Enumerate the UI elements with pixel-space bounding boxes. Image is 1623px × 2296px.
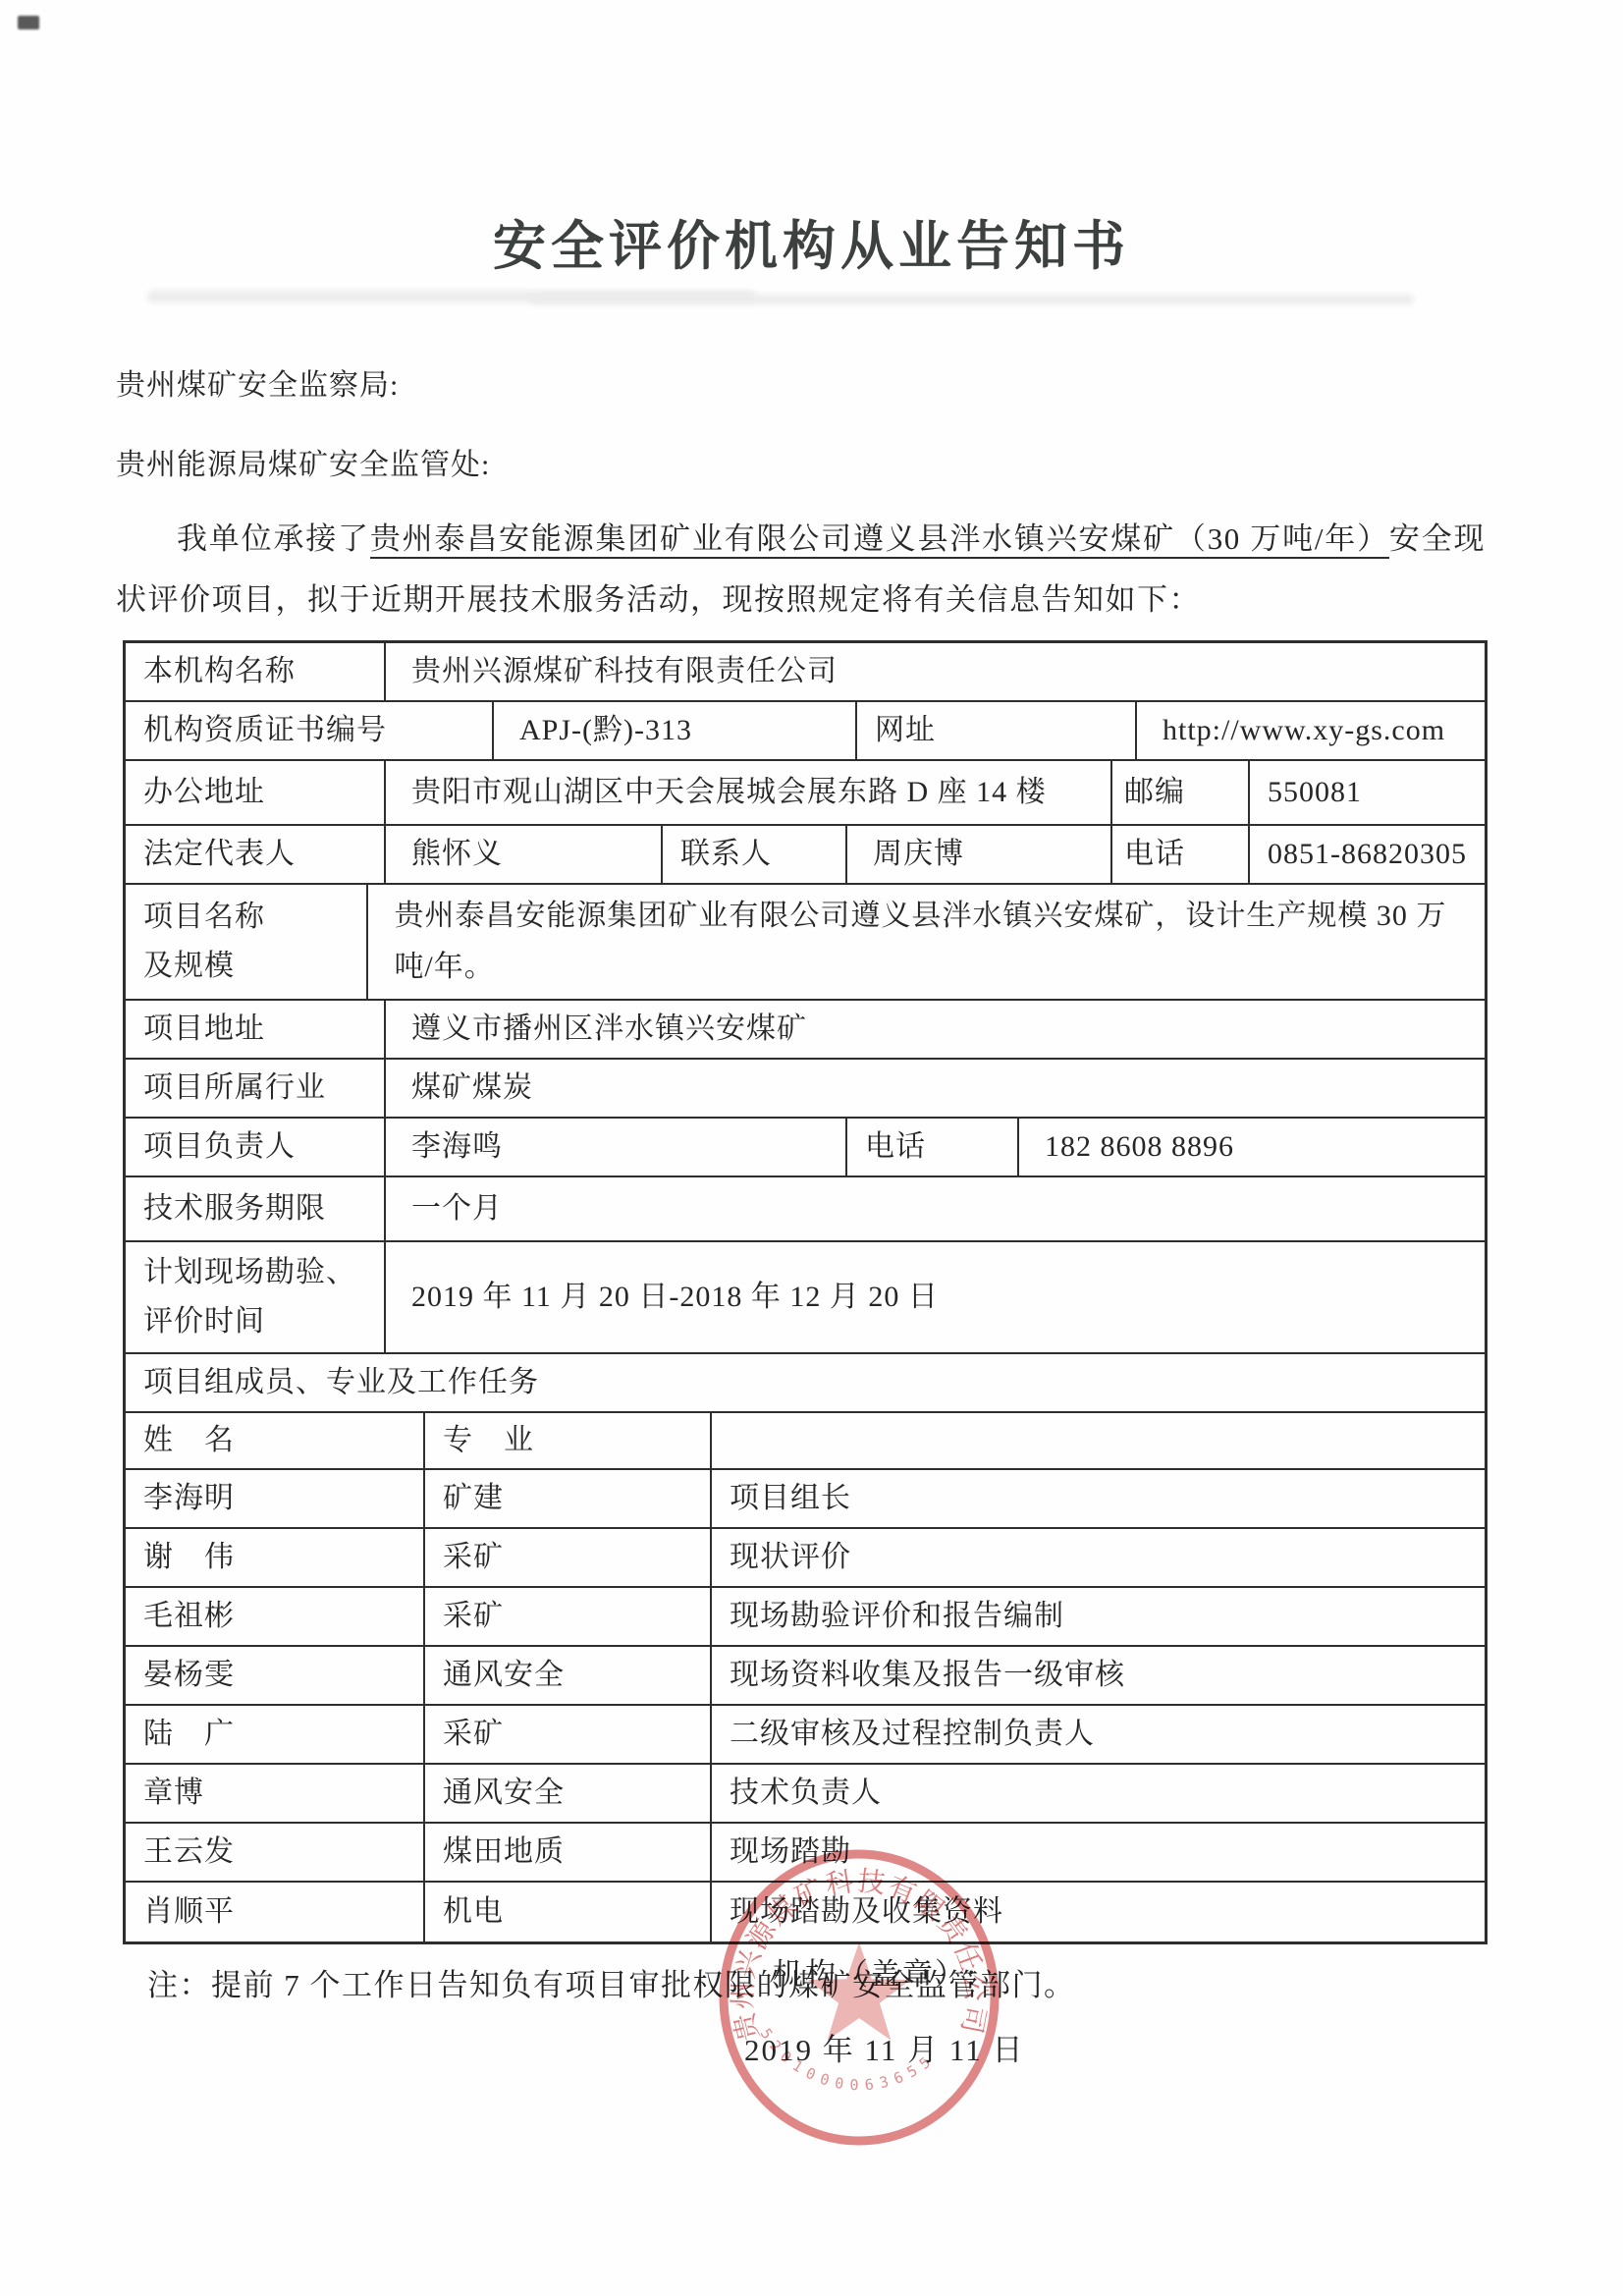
member-name: 晏杨雯 [126, 1647, 425, 1704]
scan-speck [18, 16, 39, 29]
signature-date: 2019 年 11 月 11 日 [744, 2025, 1024, 2069]
scan-smudge [530, 295, 1414, 304]
field-label: 计划现场勘验、 评价时间 [126, 1242, 386, 1352]
document-title: 安全评价机构从业告知书 [0, 204, 1623, 280]
field-value: 遵义市播州区泮水镇兴安煤矿 [386, 1001, 1485, 1058]
member-task: 二级审核及过程控制负责人 [712, 1706, 1485, 1763]
field-label: 项目所属行业 [126, 1060, 386, 1117]
table-row-legal-rep: 法定代表人 熊怀义 联系人 周庆博 电话 0851-86820305 [126, 826, 1485, 885]
intro-lead: 我单位承接了 [177, 521, 370, 556]
intro-paragraph: 我单位承接了贵州泰昌安能源集团矿业有限公司遵义县泮水镇兴安煤矿（30 万吨/年）… [116, 509, 1486, 630]
member-name: 李海明 [126, 1470, 425, 1527]
field-label: 项目地址 [126, 1001, 386, 1058]
member-name: 章博 [126, 1765, 425, 1822]
member-task: 现状评价 [712, 1529, 1485, 1586]
seal-label: 机构（盖章）: [773, 1949, 978, 1994]
field-value: 周庆博 [847, 826, 1112, 883]
field-label: 邮编 [1112, 761, 1250, 824]
member-task: 现场勘验评价和报告编制 [712, 1588, 1485, 1645]
field-label: 联系人 [663, 826, 847, 883]
member-major: 矿建 [425, 1470, 712, 1527]
table-row-project-name: 项目名称 及规模 贵州泰昌安能源集团矿业有限公司遵义县泮水镇兴安煤矿，设计生产规… [126, 885, 1485, 1001]
member-major: 采矿 [425, 1706, 712, 1763]
table-row-project-address: 项目地址 遵义市播州区泮水镇兴安煤矿 [126, 1001, 1485, 1060]
field-label: 法定代表人 [126, 826, 386, 883]
member-row: 谢 伟 采矿 现状评价 [126, 1529, 1485, 1588]
field-label-line1: 项目名称 [143, 893, 356, 942]
member-name: 陆 广 [126, 1706, 425, 1763]
table-row-office-address: 办公地址 贵阳市观山湖区中天会展城会展东路 D 座 14 楼 邮编 550081 [126, 761, 1485, 826]
table-row-certificate: 机构资质证书编号 APJ-(黔)-313 网址 http://www.xy-gs… [126, 702, 1485, 761]
intro-tail: 安全 [1389, 521, 1454, 556]
table-row-agency-name: 本机构名称 贵州兴源煤矿科技有限责任公司 [126, 643, 1485, 702]
field-value: 煤矿煤炭 [386, 1060, 1485, 1117]
field-label: 电话 [847, 1119, 1019, 1175]
member-task: 现场踏勘及收集资料 [712, 1883, 1485, 1941]
field-label: 技术服务期限 [126, 1177, 386, 1240]
field-label-line2: 及规模 [143, 942, 356, 991]
member-row: 李海明 矿建 项目组长 [126, 1470, 1485, 1529]
table-row-project-industry: 项目所属行业 煤矿煤炭 [126, 1060, 1485, 1119]
field-value: 李海鸣 [386, 1119, 847, 1175]
member-task: 项目组长 [712, 1470, 1485, 1527]
field-value: 一个月 [386, 1177, 1485, 1240]
addressee-line-2: 贵州能源局煤矿安全监管处: [116, 440, 1623, 483]
member-name: 毛祖彬 [126, 1588, 425, 1645]
member-row: 王云发 煤田地质 现场踏勘 [126, 1824, 1485, 1883]
member-row: 毛祖彬 采矿 现场勘验评价和报告编制 [126, 1588, 1485, 1647]
field-value: 550081 [1250, 761, 1485, 824]
addressee-line-1: 贵州煤矿安全监察局: [116, 360, 1623, 404]
field-value: 熊怀义 [386, 826, 663, 883]
member-row: 章博 通风安全 技术负责人 [126, 1765, 1485, 1824]
field-value: 2019 年 11 月 20 日-2018 年 12 月 20 日 [386, 1242, 1485, 1352]
table-row-members-section: 项目组成员、专业及工作任务 [126, 1354, 1485, 1413]
table-row-project-leader: 项目负责人 李海鸣 电话 182 8608 8896 [126, 1119, 1485, 1177]
field-label: 电话 [1112, 826, 1250, 883]
scanned-document-page: 安全评价机构从业告知书 贵州煤矿安全监察局: 贵州能源局煤矿安全监管处: 我单位… [0, 0, 1623, 2296]
member-major: 煤田地质 [425, 1824, 712, 1881]
member-task: 技术负责人 [712, 1765, 1485, 1822]
member-major: 通风安全 [425, 1765, 712, 1822]
field-value: 贵州兴源煤矿科技有限责任公司 [386, 643, 1485, 700]
member-row: 晏杨雯 通风安全 现场资料收集及报告一级审核 [126, 1647, 1485, 1706]
notification-form-table: 本机构名称 贵州兴源煤矿科技有限责任公司 机构资质证书编号 APJ-(黔)-31… [123, 640, 1488, 1944]
field-label: 办公地址 [126, 761, 386, 824]
table-row-service-period: 技术服务期限 一个月 [126, 1177, 1485, 1242]
column-header-name: 姓 名 [126, 1413, 425, 1468]
field-value: 182 8608 8896 [1019, 1119, 1485, 1175]
member-major: 采矿 [425, 1529, 712, 1586]
column-header-major: 专 业 [425, 1413, 712, 1468]
member-task: 现场资料收集及报告一级审核 [712, 1647, 1485, 1704]
field-value: APJ-(黔)-313 [494, 702, 857, 759]
member-row: 肖顺平 机电 现场踏勘及收集资料 [126, 1883, 1485, 1941]
member-name: 谢 伟 [126, 1529, 425, 1586]
field-label-line1: 计划现场勘验、 [143, 1248, 374, 1297]
field-value: 贵州泰昌安能源集团矿业有限公司遵义县泮水镇兴安煤矿，设计生产规模 30 万吨/年… [368, 885, 1485, 999]
table-row-schedule: 计划现场勘验、 评价时间 2019 年 11 月 20 日-2018 年 12 … [126, 1242, 1485, 1354]
field-label: 机构资质证书编号 [126, 702, 494, 759]
field-value: 贵阳市观山湖区中天会展城会展东路 D 座 14 楼 [386, 761, 1112, 824]
column-header-task [712, 1413, 1485, 1468]
field-label: 网址 [857, 702, 1137, 759]
field-label-line2: 评价时间 [143, 1297, 374, 1346]
member-major: 采矿 [425, 1588, 712, 1645]
field-label: 项目名称 及规模 [126, 885, 368, 999]
member-row: 陆 广 采矿 二级审核及过程控制负责人 [126, 1706, 1485, 1765]
field-value: http://www.xy-gs.com [1137, 702, 1485, 759]
field-label: 项目负责人 [126, 1119, 386, 1175]
member-name: 肖顺平 [126, 1883, 425, 1941]
member-task: 现场踏勘 [712, 1824, 1485, 1881]
member-major: 机电 [425, 1883, 712, 1941]
member-major: 通风安全 [425, 1647, 712, 1704]
member-name: 王云发 [126, 1824, 425, 1881]
table-row-members-header: 姓 名 专 业 [126, 1413, 1485, 1470]
members-section-title: 项目组成员、专业及工作任务 [126, 1354, 1485, 1411]
intro-underlined-project-name: 贵州泰昌安能源集团矿业有限公司遵义县泮水镇兴安煤矿（30 万吨/年） [370, 521, 1389, 559]
field-label: 本机构名称 [126, 643, 386, 700]
field-value: 0851-86820305 [1250, 826, 1485, 883]
